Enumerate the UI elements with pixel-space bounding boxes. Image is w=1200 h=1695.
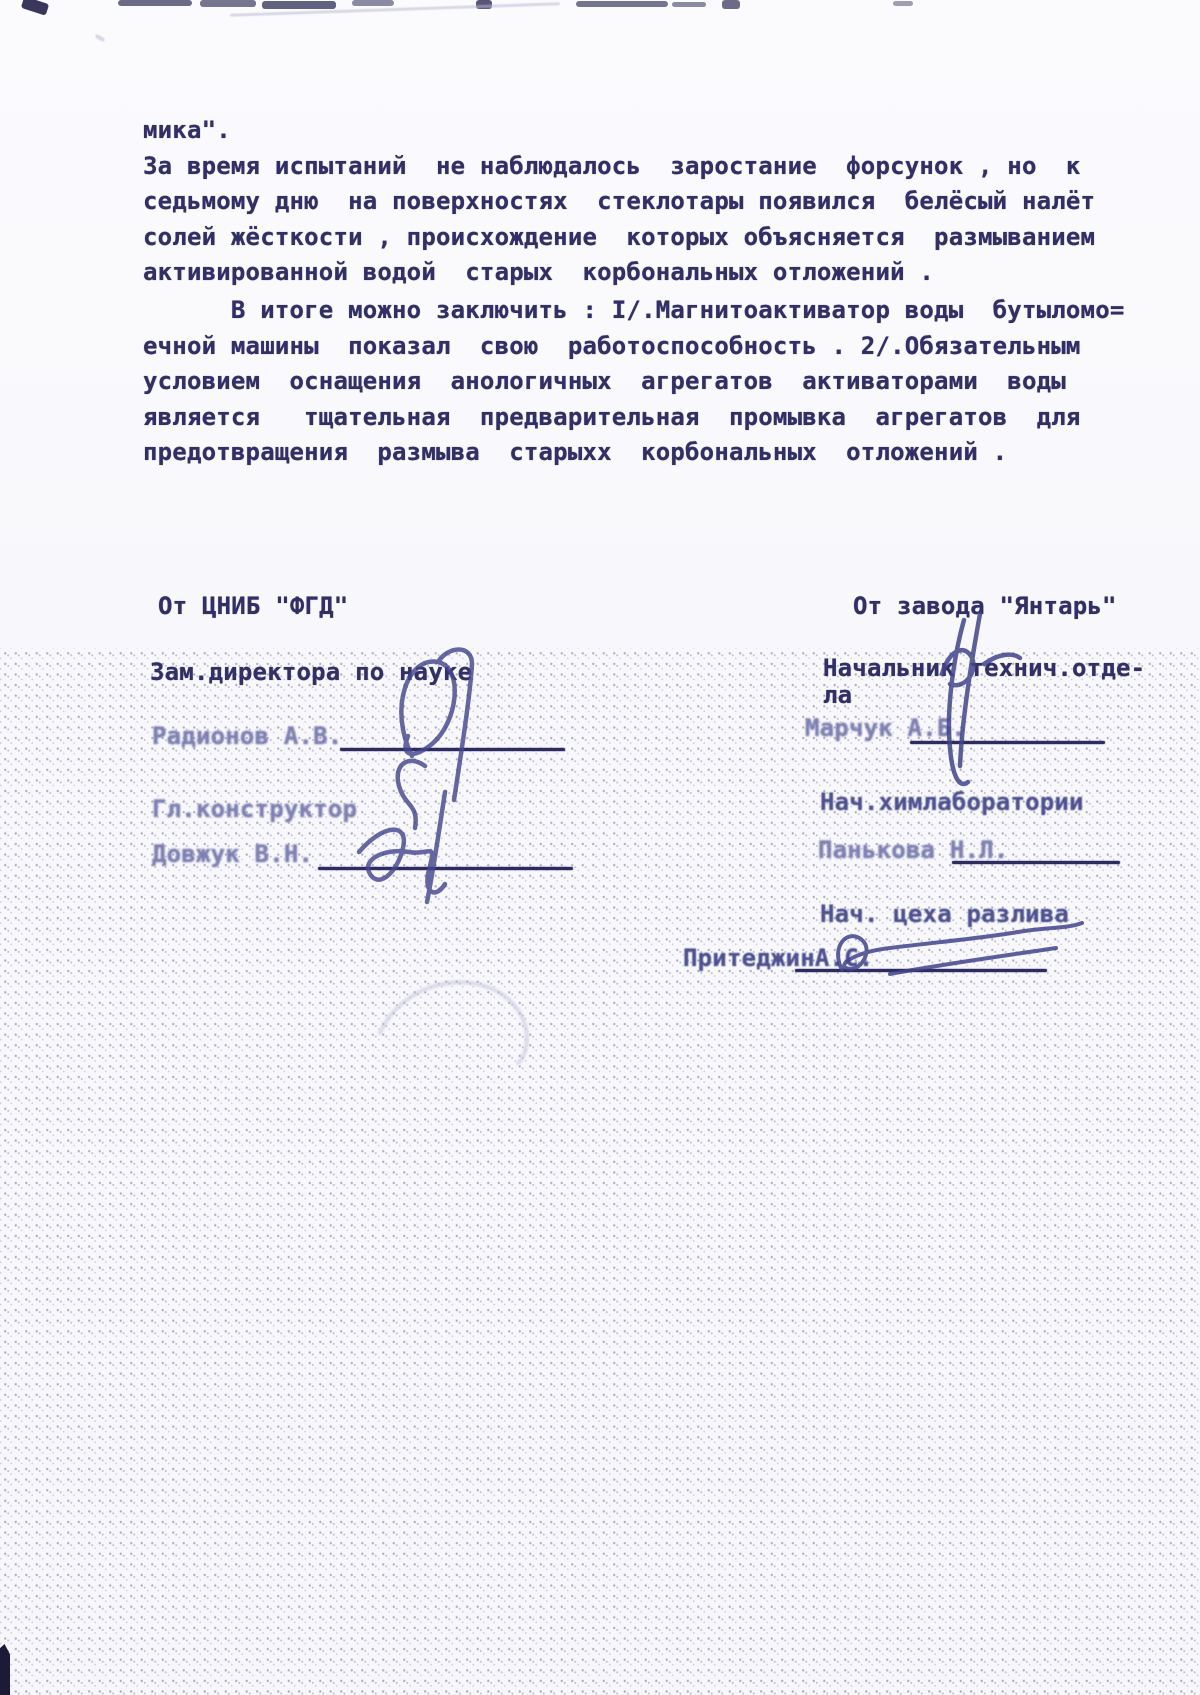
paragraph2-line: В итоге можно заключить : I/.Магнитоакти… [143,296,1125,324]
signature-line [952,861,1120,864]
signature-marchuk [900,608,1030,818]
left-org-label: От ЦНИБ "ФГД" [158,592,348,620]
scan-artifact [893,1,913,6]
scanned-document-page: мика". За время испытаний не наблюдалось… [0,0,1200,1695]
paragraph1-line: седьмому дню на поверхностях стеклотары … [143,187,1095,215]
paragraph2-line: предотвращения размыва старыхх корбональ… [143,438,1007,466]
scan-artifact [95,34,106,42]
paragraph1-line: активированной водой старых корбональных… [143,258,934,286]
left-name1-label: Радионов А.В. [152,722,342,750]
right-name2-label: Панькова Н.Л. [818,836,1008,864]
scan-artifact [672,2,706,7]
paragraph2-line: является тщательная предварительная пром… [143,403,1081,431]
right-role1-label-line2: ла [823,681,852,709]
signature-dovzhuk [325,752,505,912]
scan-artifact [352,0,394,6]
scan-artifact [118,0,192,6]
paragraph2-line: условием оснащения анологичных агрегатов… [143,367,1066,395]
pen-ghost-mark [368,955,548,1085]
scan-artifact [262,1,336,9]
scan-artifact [200,0,256,7]
paragraph2-line: ечной машины показал свою работоспособно… [143,332,1081,360]
left-name2-label: Довжук В.Н. [152,840,313,868]
paragraph1-line: мика". [143,116,231,144]
paragraph1-line: солей жёсткости , происхождение которых … [143,223,1095,251]
scan-artifact [722,0,740,9]
scan-artifact [21,0,49,16]
signature-pritedzhin [798,898,1098,998]
paragraph1-line: За время испытаний не наблюдалось зарост… [143,152,1081,180]
scan-artifact [576,1,668,7]
scan-artifact-corner [0,1644,10,1695]
